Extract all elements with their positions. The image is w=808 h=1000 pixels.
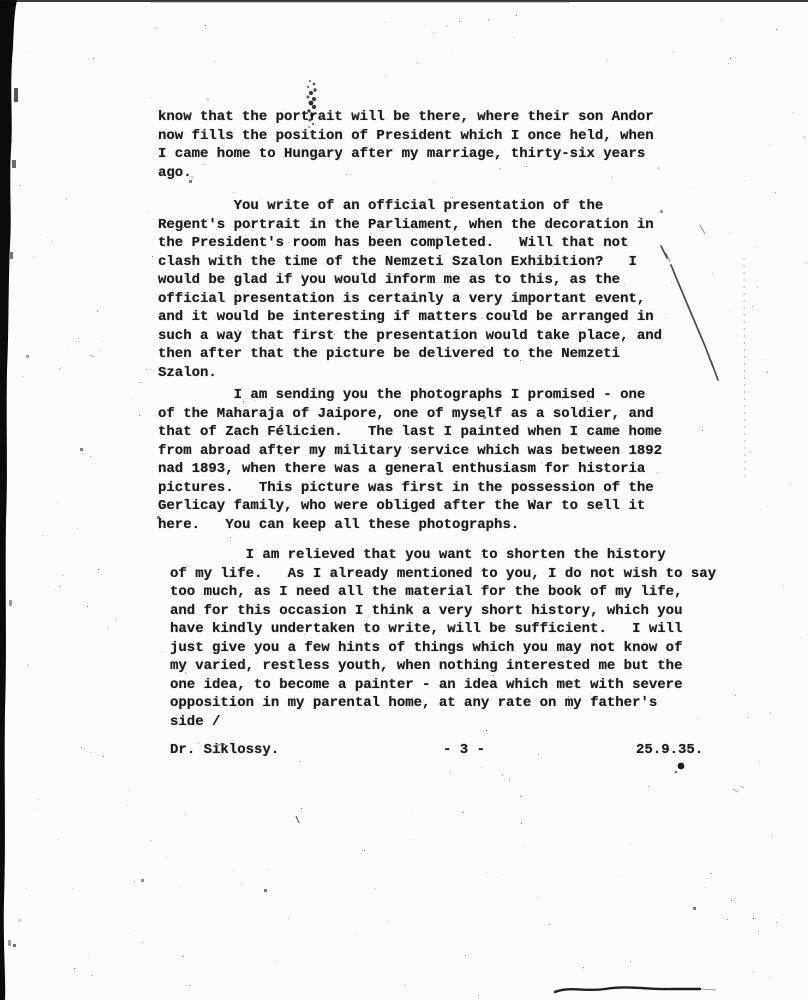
footer-date: 25.9.35. (636, 741, 703, 760)
crease-dotted-line (744, 258, 745, 482)
letter-paragraph-4: I am relieved that you want to shorten t… (170, 546, 730, 731)
scanned-letter-page: know that the portrait will be there, wh… (0, 0, 808, 1000)
letter-paragraph-2: You write of an official presentation of… (158, 197, 730, 382)
letter-footer: Dr. Siklossy. - 3 - 25.9.35. (170, 741, 730, 760)
ink-blot (675, 763, 685, 774)
letter-body: know that the portrait will be there, wh… (158, 108, 730, 760)
scan-noise-speckle (0, 0, 1, 1)
footer-page-number: - 3 - (443, 741, 485, 760)
letter-paragraph-1: know that the portrait will be there, wh… (158, 108, 730, 182)
scan-edge-left (0, 0, 18, 1000)
scan-streak-bottom (555, 987, 716, 992)
letter-paragraph-3: I am sending you the photographs I promi… (158, 386, 730, 534)
scan-edge-top (0, 0, 808, 3)
footer-author: Dr. Siklossy. (170, 741, 279, 760)
